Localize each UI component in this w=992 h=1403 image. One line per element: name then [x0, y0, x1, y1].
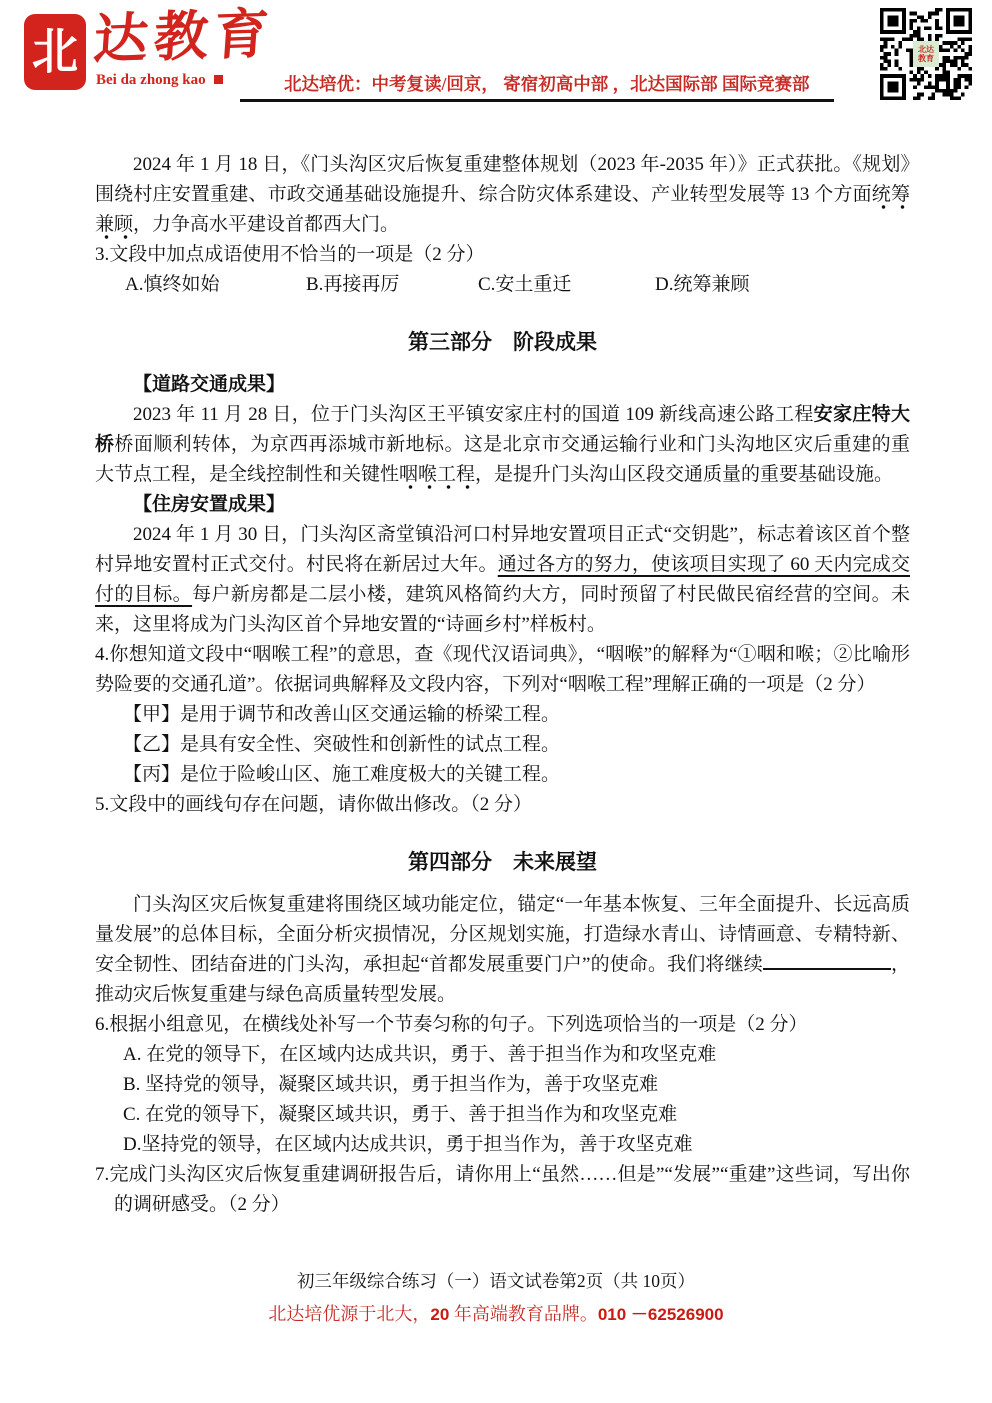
qr-center-label: 北达 教育	[913, 41, 939, 67]
brand-seal-logo: 北	[26, 16, 84, 88]
option-d: D.统筹兼顾	[655, 270, 749, 300]
option-b: B.再接再厉	[306, 270, 478, 300]
road-results-label: 【道路交通成果】	[95, 370, 910, 400]
option-a: A. 在党的领导下，在区域内达成共识，勇于、善于担当作为和攻坚克难	[123, 1040, 910, 1070]
promo-text-1: 北达培优源于北大，	[268, 1304, 430, 1324]
question-4-options: 【甲】是用于调节和改善山区交通运输的桥梁工程。 【乙】是具有安全性、突破性和创新…	[95, 700, 910, 790]
brand-subtitle-text: Bei da zhong kao	[96, 72, 206, 88]
header-tagline: 北达培优：中考复读/回京， 寄宿初高中部 ，北达国际部 国际竞赛部	[284, 71, 844, 96]
future-text-1: 门头沟区灾后恢复重建将围绕区域功能定位，锚定“一年基本恢复、三年全面提升、长远高…	[95, 894, 910, 975]
fill-in-blank-line	[763, 968, 891, 970]
option-yi: 【乙】是具有安全性、突破性和创新性的试点工程。	[123, 730, 910, 760]
part4-title: 第四部分 未来展望	[95, 846, 910, 880]
paragraph-road: 2023 年 11 月 28 日，位于门头沟区王平镇安家庄村的国道 109 新线…	[95, 400, 910, 490]
paragraph-plan-end: ，力争高水平建设首都西大门。	[133, 214, 399, 235]
dotted-throat-project: 咽喉工程	[399, 464, 475, 490]
road-text-1: 2023 年 11 月 28 日，位于门头沟区王平镇安家庄村的国道 109 新线…	[133, 404, 814, 425]
red-square-icon	[214, 75, 223, 84]
promo-phone: 010 －62526900	[598, 1305, 724, 1324]
part3-title: 第三部分 阶段成果	[95, 326, 910, 360]
header: 北 达教育 Bei da zhong kao 北达培优：中考复读/回京， 寄宿初…	[0, 0, 992, 118]
header-divider	[240, 99, 834, 102]
exam-page: 北 达教育 Bei da zhong kao 北达培优：中考复读/回京， 寄宿初…	[0, 0, 992, 1403]
paragraph-future: 门头沟区灾后恢复重建将围绕区域功能定位，锚定“一年基本恢复、三年全面提升、长远高…	[95, 890, 910, 1010]
promo-years: 20	[430, 1305, 449, 1324]
housing-text-2: 每户新房都是二层小楼，建筑风格简约大方，同时预留了村民做民宿经营的空间。未来，这…	[95, 584, 910, 635]
option-d: D.坚持党的领导，在区域内达成共识，勇于担当作为，善于攻坚克难	[123, 1130, 910, 1160]
option-c: C. 在党的领导下，凝聚区域共识，勇于、善于担当作为和攻坚克难	[123, 1100, 910, 1130]
paragraph-housing: 2024 年 1 月 30 日，门头沟区斋堂镇沿河口村异地安置项目正式“交钥匙”…	[95, 520, 910, 640]
question-4: 4.你想知道文段中“咽喉工程”的意思，查《现代汉语词典》，“咽喉”的解释为“①咽…	[95, 640, 910, 700]
option-bing: 【丙】是位于险峻山区、施工难度极大的关键工程。	[123, 760, 910, 790]
question-6: 6.根据小组意见，在横线处补写一个节奏匀称的句子。下列选项恰当的一项是（2 分）	[95, 1010, 910, 1040]
question-3: 3.文段中加点成语使用不恰当的一项是（2 分）	[95, 240, 910, 270]
qr-code: 北达 教育	[880, 8, 972, 100]
qr-center-line1: 北达	[918, 45, 934, 54]
footer-page-number: 初三年级综合练习（一）语文试卷第2页（共 10页）	[0, 1268, 992, 1293]
option-a: A.慎终如始	[125, 270, 306, 300]
brand-subtitle: Bei da zhong kao	[96, 72, 223, 89]
question-5: 5.文段中的画线句存在问题，请你做出修改。（2 分）	[95, 790, 910, 820]
footer-promo: 北达培优源于北大，20 年高端教育品牌。010 －62526900	[0, 1300, 992, 1326]
question-3-options: A.慎终如始 B.再接再厉 C.安土重迁 D.统筹兼顾	[95, 270, 910, 300]
question-7: 7.完成门头沟区灾后恢复重建调研报告后，请你用上“虽然……但是”“发展”“重建”…	[95, 1160, 910, 1220]
brand-name: 达教育	[92, 5, 277, 71]
road-text-3: ，是提升门头沟山区段交通质量的重要基础设施。	[475, 464, 893, 485]
promo-text-2: 年高端教育品牌。	[449, 1304, 598, 1324]
question-6-options: A. 在党的领导下，在区域内达成共识，勇于、善于担当作为和攻坚克难 B. 坚持党…	[95, 1040, 910, 1160]
paragraph-plan-text: 2024 年 1 月 18 日，《门头沟区灾后恢复重建整体规划（2023 年-2…	[95, 154, 910, 205]
seal-character: 北	[32, 28, 78, 76]
housing-results-label: 【住房安置成果】	[95, 490, 910, 520]
option-b: B. 坚持党的领导，凝聚区域共识，勇于担当作为，善于攻坚克难	[123, 1070, 910, 1100]
exam-body: 2024 年 1 月 18 日，《门头沟区灾后恢复重建整体规划（2023 年-2…	[0, 118, 992, 1220]
option-c: C.安土重迁	[478, 270, 655, 300]
qr-center-line2: 教育	[918, 54, 934, 63]
option-jia: 【甲】是用于调节和改善山区交通运输的桥梁工程。	[123, 700, 910, 730]
paragraph-plan: 2024 年 1 月 18 日，《门头沟区灾后恢复重建整体规划（2023 年-2…	[95, 150, 910, 240]
